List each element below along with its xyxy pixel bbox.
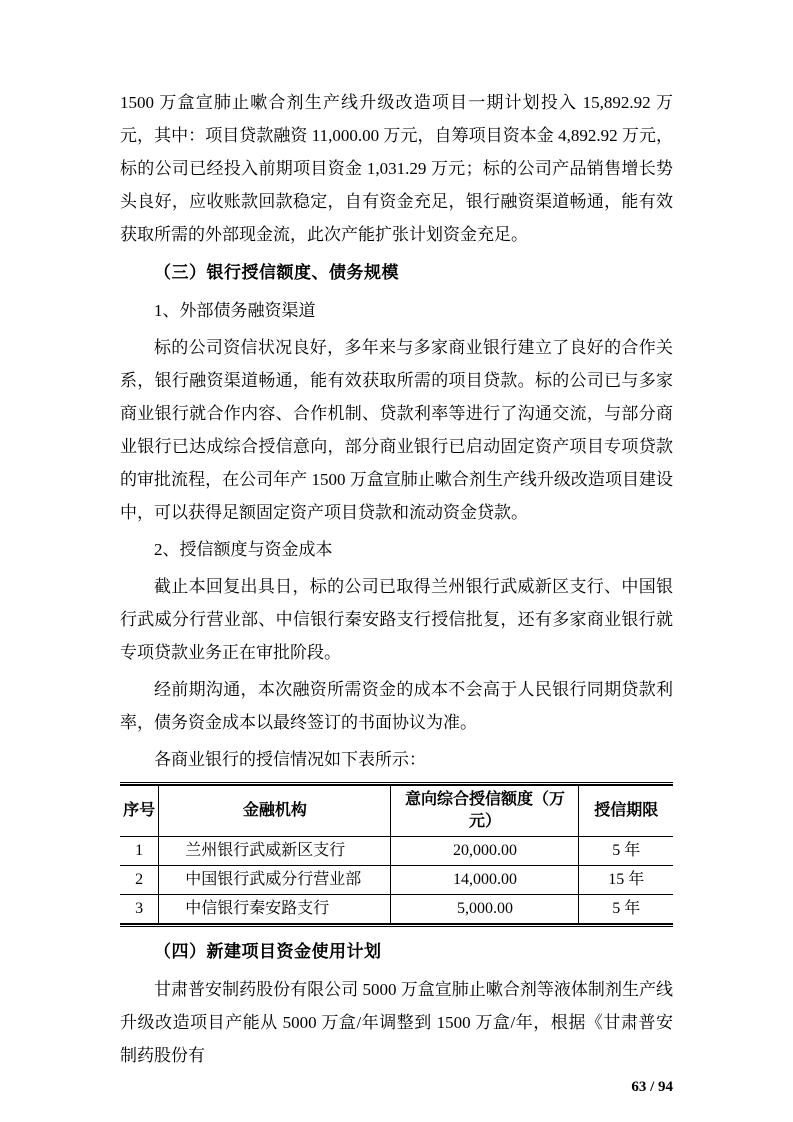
cell-institution: 兰州银行武威新区支行 — [159, 837, 391, 866]
table-row: 2 中国银行武威分行营业部 14,000.00 15 年 — [120, 866, 673, 895]
document-page: 1500 万盒宣肺止嗽合剂生产线升级改造项目一期计划投入 15,892.92 万… — [0, 0, 793, 1122]
cell-index: 1 — [120, 837, 159, 866]
paragraph-table-intro: 各商业银行的授信情况如下表所示： — [120, 743, 673, 776]
table-header-institution: 金融机构 — [159, 785, 391, 837]
table-header-row: 序号 金融机构 意向综合授信额度（万元） 授信期限 — [120, 785, 673, 837]
credit-table: 序号 金融机构 意向综合授信额度（万元） 授信期限 1 兰州银行武威新区支行 2… — [120, 784, 673, 925]
table-header-index: 序号 — [120, 785, 159, 837]
cell-credit-amount: 20,000.00 — [391, 837, 579, 866]
paragraph-credit-approvals: 截止本回复出具日，标的公司已取得兰州银行武威新区支行、中国银行武威分行营业部、中… — [120, 570, 673, 669]
table-row: 1 兰州银行武威新区支行 20,000.00 5 年 — [120, 837, 673, 866]
section-heading-3-bank-credit: （三）银行授信额度、债务规模 — [120, 256, 673, 289]
cell-institution: 中国银行武威分行营业部 — [159, 866, 391, 895]
credit-table-container: 序号 金融机构 意向综合授信额度（万元） 授信期限 1 兰州银行武威新区支行 2… — [120, 782, 673, 927]
table-header-credit-amount: 意向综合授信额度（万元） — [391, 785, 579, 837]
paragraph-funding-overview: 1500 万盒宣肺止嗽合剂生产线升级改造项目一期计划投入 15,892.92 万… — [120, 86, 673, 251]
cell-index: 2 — [120, 866, 159, 895]
page-number: 63 / 94 — [120, 1076, 673, 1098]
table-header-credit-term: 授信期限 — [579, 785, 673, 837]
cell-institution: 中信银行秦安路支行 — [159, 895, 391, 925]
subitem-2-credit-amount-cost: 2、授信额度与资金成本 — [120, 533, 673, 566]
paragraph-credit-standing: 标的公司资信状况良好，多年来与多家商业银行建立了良好的合作关系，银行融资渠道畅通… — [120, 331, 673, 529]
cell-credit-amount: 5,000.00 — [391, 895, 579, 925]
cell-index: 3 — [120, 895, 159, 925]
paragraph-capacity-adjustment: 甘肃普安制药股份有限公司 5000 万盒宣肺止嗽合剂等液体制剂生产线升级改造项目… — [120, 973, 673, 1072]
cell-credit-term: 15 年 — [579, 866, 673, 895]
cell-credit-term: 5 年 — [579, 837, 673, 866]
paragraph-funding-cost: 经前期沟通，本次融资所需资金的成本不会高于人民银行同期贷款利率，债务资金成本以最… — [120, 673, 673, 739]
cell-credit-amount: 14,000.00 — [391, 866, 579, 895]
table-row: 3 中信银行秦安路支行 5,000.00 5 年 — [120, 895, 673, 925]
section-heading-4-new-project-fund-plan: （四）新建项目资金使用计划 — [120, 935, 673, 968]
cell-credit-term: 5 年 — [579, 895, 673, 925]
subitem-1-external-debt-channels: 1、外部债务融资渠道 — [120, 294, 673, 327]
